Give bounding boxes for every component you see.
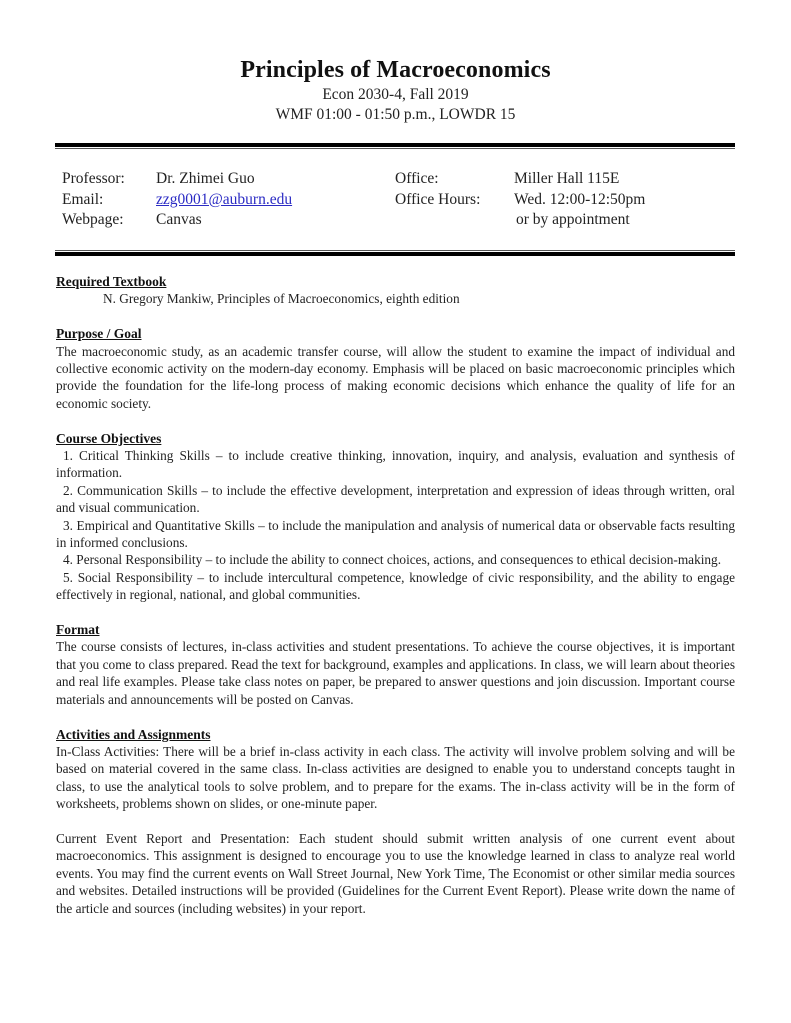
objective-item: 3. Empirical and Quantitative Skills – t… xyxy=(56,517,735,552)
course-code: Econ 2030-4, Fall 2019 xyxy=(0,85,791,105)
office-hours-extra: or by appointment xyxy=(516,210,630,231)
heading-objectives: Course Objectives xyxy=(56,430,735,447)
professor-label: Professor: xyxy=(62,169,125,190)
in-class-activities-text: In-Class Activities: There will be a bri… xyxy=(56,743,735,813)
section-purpose: Purpose / Goal The macroeconomic study, … xyxy=(56,325,735,412)
course-title: Principles of Macroeconomics xyxy=(0,55,791,85)
email-link[interactable]: zzg0001@auburn.edu xyxy=(156,191,292,208)
bottom-divider xyxy=(55,250,735,256)
office-hours-label: Office Hours: xyxy=(395,190,480,211)
section-activities: Activities and Assignments In-Class Acti… xyxy=(56,726,735,917)
info-row-3: Webpage: Canvas or by appointment xyxy=(62,210,742,231)
top-divider xyxy=(55,143,735,149)
objective-item: 4. Personal Responsibility – to include … xyxy=(56,551,735,568)
syllabus-content: Required Textbook N. Gregory Mankiw, Pri… xyxy=(56,273,735,934)
objective-item: 1. Critical Thinking Skills – to include… xyxy=(56,447,735,482)
heading-textbook: Required Textbook xyxy=(56,273,735,290)
info-row-2: Email: zzg0001@auburn.edu Office Hours: … xyxy=(62,190,742,211)
current-event-text: Current Event Report and Presentation: E… xyxy=(56,830,735,917)
professor-name: Dr. Zhimei Guo xyxy=(156,169,255,190)
course-schedule: WMF 01:00 - 01:50 p.m., LOWDR 15 xyxy=(0,105,791,125)
title-block: Principles of Macroeconomics Econ 2030-4… xyxy=(0,55,791,125)
section-textbook: Required Textbook N. Gregory Mankiw, Pri… xyxy=(56,273,735,308)
email-label: Email: xyxy=(62,190,103,211)
objective-item: 5. Social Responsibility – to include in… xyxy=(56,569,735,604)
webpage-label: Webpage: xyxy=(62,210,124,231)
heading-format: Format xyxy=(56,621,735,638)
heading-activities: Activities and Assignments xyxy=(56,726,735,743)
office-label: Office: xyxy=(395,169,439,190)
heading-purpose: Purpose / Goal xyxy=(56,325,735,342)
office-hours-value: Wed. 12:00-12:50pm xyxy=(514,190,645,211)
section-format: Format The course consists of lectures, … xyxy=(56,621,735,708)
section-objectives: Course Objectives 1. Critical Thinking S… xyxy=(56,430,735,604)
instructor-info: Professor: Dr. Zhimei Guo Office: Miller… xyxy=(62,169,742,231)
webpage-value: Canvas xyxy=(156,210,202,231)
purpose-text: The macroeconomic study, as an academic … xyxy=(56,343,735,413)
textbook-citation: N. Gregory Mankiw, Principles of Macroec… xyxy=(56,290,735,307)
syllabus-page: Principles of Macroeconomics Econ 2030-4… xyxy=(0,0,791,1023)
objective-item: 2. Communication Skills – to include the… xyxy=(56,482,735,517)
office-location: Miller Hall 115E xyxy=(514,169,619,190)
format-text: The course consists of lectures, in-clas… xyxy=(56,638,735,708)
info-row-1: Professor: Dr. Zhimei Guo Office: Miller… xyxy=(62,169,742,190)
